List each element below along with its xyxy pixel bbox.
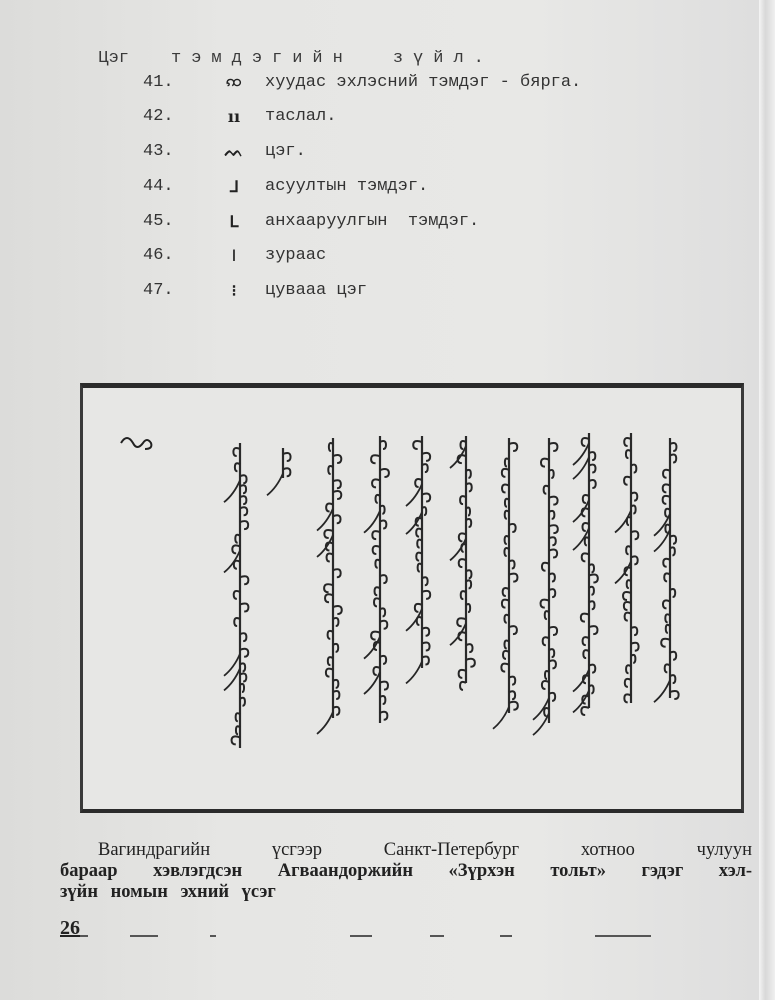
punctuation-entry: 45.ᒪанхааруулгын тэмдэг. [143, 207, 479, 235]
birga-icon [121, 438, 151, 449]
entry-description: зураас [265, 246, 326, 265]
punctuation-entry: 47.⁝цувааа цэг [143, 276, 367, 304]
entry-number: 41. [143, 73, 203, 92]
caption-line-2: бараар хэвлэгдсэн Агваандоржийн «Зүрхэн … [60, 861, 752, 882]
caption-line-1: Вагиндрагийн үсгээр Санкт-Петербург хотн… [60, 840, 752, 861]
entry-description: хуудас эхлэсний тэмдэг - бярга. [265, 73, 581, 92]
script-column [450, 436, 475, 690]
entry-description: асуултын тэмдэг. [265, 177, 428, 196]
caption-line-3: зүйн номын эхний үсэг [60, 882, 752, 903]
entry-number: 45. [143, 212, 203, 231]
script-column [573, 433, 598, 715]
mongolian-script-figure [80, 383, 744, 813]
tseg-icon: ᨓ [203, 141, 265, 161]
entry-number: 42. [143, 107, 203, 126]
script-column [654, 438, 679, 702]
script-column [317, 438, 342, 734]
section-title: Цэгтэмдэгийнзүйл. [78, 30, 494, 68]
script-column [615, 433, 639, 703]
entry-number: 46. [143, 246, 203, 265]
entry-description: таслал. [265, 107, 336, 126]
taslal-icon: ıı [203, 107, 265, 126]
punctuation-entry: 41.ꩡхуудас эхлэсний тэмдэг - бярга. [143, 68, 581, 96]
script-column [224, 443, 248, 748]
exclamation-mark-icon: ᒪ [203, 212, 265, 231]
punctuation-entry: 44.ᒧасуултын тэмдэг. [143, 172, 428, 200]
figure-caption: Вагиндрагийн үсгээр Санкт-Петербург хотн… [60, 840, 752, 903]
birga-icon: ꩡ [203, 70, 265, 94]
entry-number: 44. [143, 177, 203, 196]
title-word-1: Цэг [98, 49, 129, 68]
page-number: 26 [60, 917, 80, 940]
punctuation-entry: 46.ǀзураас [143, 241, 326, 269]
script-column [364, 436, 389, 723]
entry-number: 43. [143, 142, 203, 161]
colon-icon: ⁝ [203, 281, 265, 300]
script-column [267, 448, 291, 495]
entry-description: цэг. [265, 142, 306, 161]
script-column [493, 438, 518, 729]
script-column [406, 436, 430, 683]
vertical-script-columns [83, 388, 741, 809]
title-word-2: тэмдэгийн [171, 49, 353, 68]
script-column [533, 438, 558, 735]
dash-icon: ǀ [203, 246, 265, 265]
question-mark-icon: ᒧ [203, 177, 265, 196]
punctuation-entry: 42.ııтаслал. [143, 102, 336, 130]
title-word-3: зүйл. [393, 49, 494, 68]
entry-description: анхааруулгын тэмдэг. [265, 212, 479, 231]
punctuation-entry: 43.ᨓцэг. [143, 137, 306, 165]
book-spine-edge [759, 0, 775, 1000]
entry-description: цувааа цэг [265, 281, 367, 300]
entry-number: 47. [143, 281, 203, 300]
